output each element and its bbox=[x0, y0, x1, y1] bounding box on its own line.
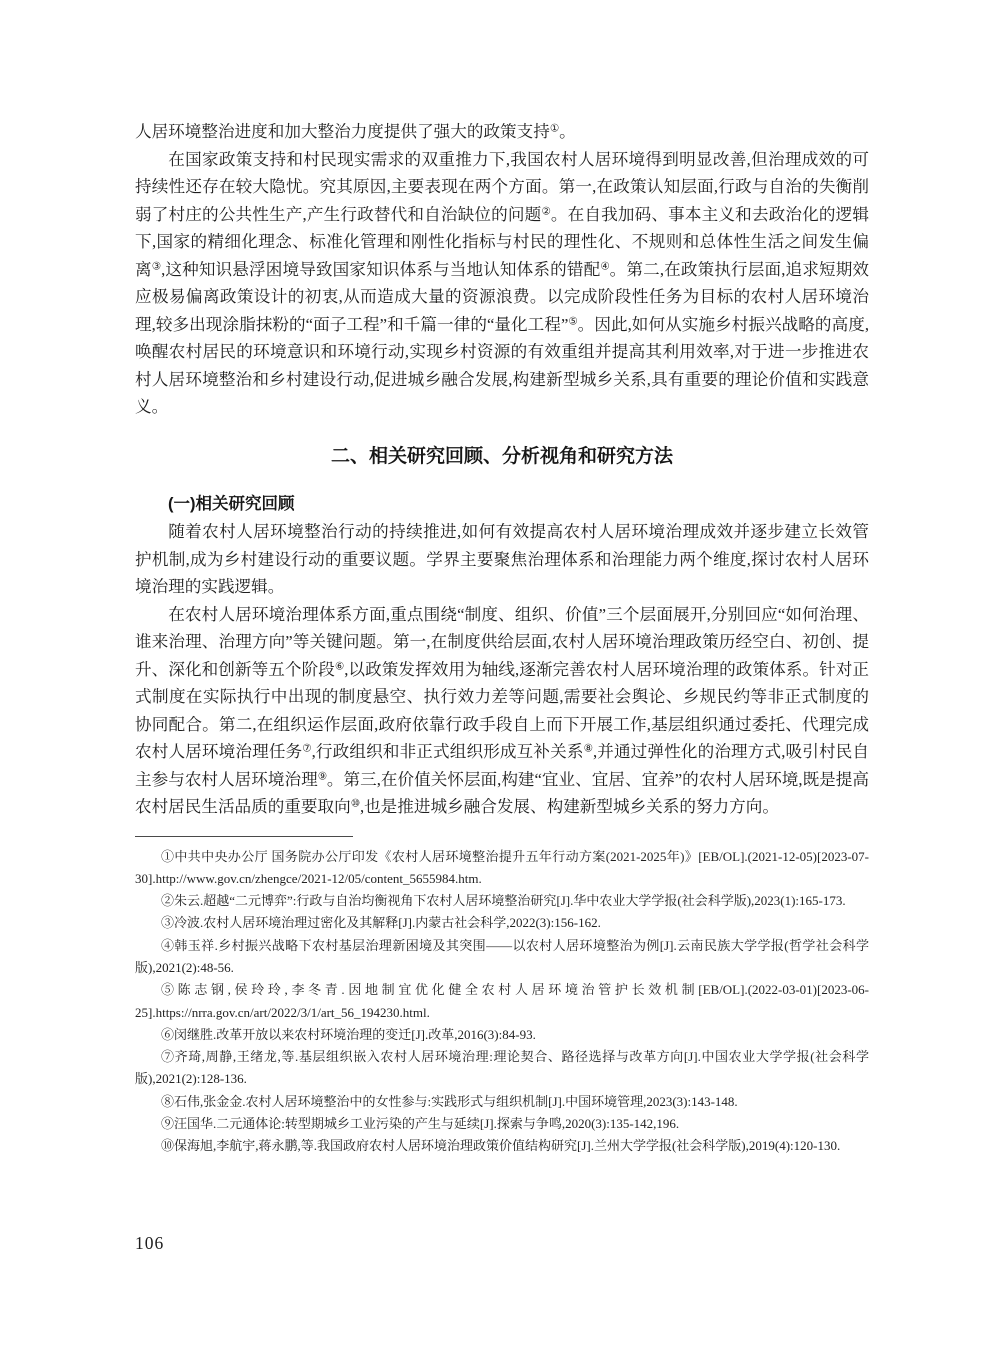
footnotes-section: ①中共中央办公厅 国务院办公厅印发《农村人居环境整治提升五年行动方案(2021-… bbox=[135, 836, 869, 1158]
paragraph-policy-context: 在国家政策支持和村民现实需求的双重推力下,我国农村人居环境得到明显改善,但治理成… bbox=[135, 146, 869, 421]
subsection-heading: (一)相关研究回顾 bbox=[135, 491, 869, 519]
footnote-separator-rule bbox=[135, 836, 353, 837]
page-content: 人居环境整治进度和加大整治力度提供了强大的政策支持①。 在国家政策支持和村民现实… bbox=[135, 118, 869, 1158]
footnote-8: ⑧石伟,张金金.农村人居环境整治中的女性参与:实践形式与组织机制[J].中国环境… bbox=[135, 1091, 869, 1113]
footnote-6: ⑥闵继胜.改革开放以来农村环境治理的变迁[J].改革,2016(3):84-93… bbox=[135, 1024, 869, 1046]
footnote-2: ②朱云.超越“二元博弈”:行政与自治均衡视角下农村人居环境整治研究[J].华中农… bbox=[135, 890, 869, 912]
page-number: 106 bbox=[135, 1233, 164, 1254]
footnote-9: ⑨汪国华.二元通体论:转型期城乡工业污染的产生与延续[J].探索与争鸣,2020… bbox=[135, 1113, 869, 1135]
footnote-10: ⑩保海旭,李航宇,蒋永鹏,等.我国政府农村人居环境治理政策价值结构研究[J].兰… bbox=[135, 1135, 869, 1157]
paragraph-governance-system: 在农村人居环境治理体系方面,重点围绕“制度、组织、价值”三个层面展开,分别回应“… bbox=[135, 601, 869, 821]
section-heading: 二、相关研究回顾、分析视角和研究方法 bbox=[135, 442, 869, 471]
footnote-3: ③冷波.农村人居环境治理过密化及其解释[J].内蒙古社会科学,2022(3):1… bbox=[135, 912, 869, 934]
footnote-4: ④韩玉祥.乡村振兴战略下农村基层治理新困境及其突围——以农村人居环境整治为例[J… bbox=[135, 935, 869, 980]
paper-page: 人居环境整治进度和加大整治力度提供了强大的政策支持①。 在国家政策支持和村民现实… bbox=[0, 0, 1000, 1347]
paragraph-review-intro: 随着农村人居环境整治行动的持续推进,如何有效提高农村人居环境治理成效并逐步建立长… bbox=[135, 518, 869, 601]
footnote-7: ⑦齐琦,周静,王绪龙,等.基层组织嵌入农村人居环境治理:理论契合、路径选择与改革… bbox=[135, 1046, 869, 1091]
paragraph-carryover: 人居环境整治进度和加大整治力度提供了强大的政策支持①。 bbox=[135, 118, 869, 146]
footnote-5: ⑤陈志钢,侯玲玲,李冬青.因地制宜优化健全农村人居环境治管护长效机制[EB/OL… bbox=[135, 979, 869, 1024]
footnote-1: ①中共中央办公厅 国务院办公厅印发《农村人居环境整治提升五年行动方案(2021-… bbox=[135, 846, 869, 891]
